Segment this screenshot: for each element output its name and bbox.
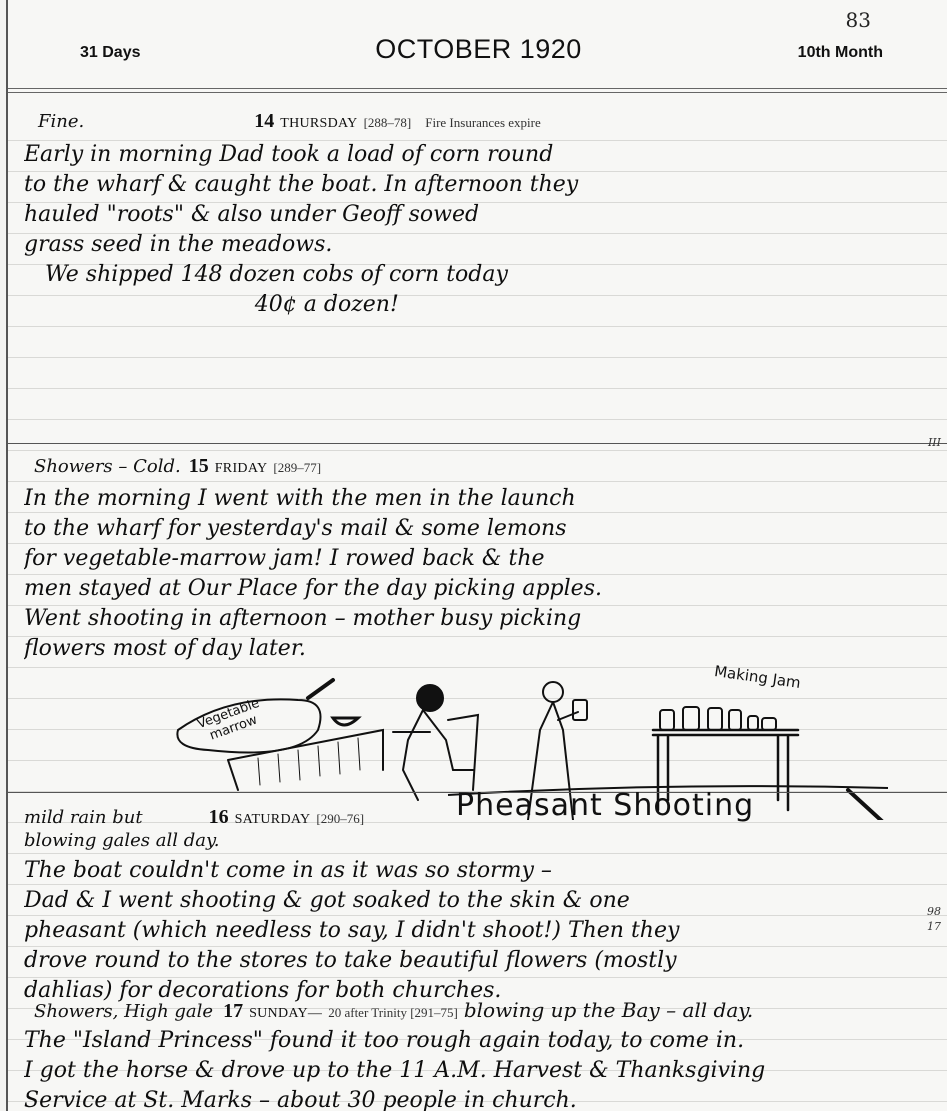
- handwritten-line: grass seed in the meadows.: [24, 230, 935, 260]
- handwritten-line: to the wharf & caught the boat. In after…: [24, 170, 935, 200]
- handwritten-line: hauled "roots" & also under Geoff sowed: [24, 200, 935, 230]
- header-rule: [8, 88, 947, 93]
- chair-drawing: [448, 715, 478, 790]
- entry-body-14: Early in morning Dad took a load of corn…: [24, 140, 935, 320]
- page-header: 31 Days OCTOBER 1920 10th Month 83: [8, 0, 947, 92]
- handwritten-line: drove round to the stores to take beauti…: [24, 946, 935, 976]
- handwritten-line: We shipped 148 dozen cobs of corn today: [24, 260, 935, 290]
- day-name: FRIDAY: [215, 461, 268, 477]
- handwritten-line: men stayed at Our Place for the day pick…: [24, 574, 935, 604]
- day-number: 14: [254, 110, 274, 133]
- entry-heading-14: Fine. 14 THURSDAY [288–78] Fire Insuranc…: [38, 110, 541, 133]
- day-count: [290–76]: [316, 811, 364, 827]
- inline-handwriting: blowing up the Bay – all day.: [464, 998, 753, 1022]
- day-count: 20 after Trinity [291–75]: [328, 1005, 458, 1021]
- day-number: 17: [223, 1000, 243, 1023]
- day-number: 15: [189, 455, 209, 478]
- pheasant-shooting-banner: Pheasant Shooting: [456, 788, 754, 823]
- day-name: THURSDAY: [280, 116, 357, 132]
- weather-note: Showers – Cold.: [34, 456, 181, 477]
- weather-note-continued: blowing gales all day.: [24, 826, 935, 856]
- handwritten-line: I got the horse & drove up to the 11 A.M…: [24, 1056, 935, 1086]
- handwritten-line: flowers most of day later.: [24, 634, 935, 664]
- handwritten-line: for vegetable-marrow jam! I rowed back &…: [24, 544, 935, 574]
- margin-mark: III: [928, 436, 941, 449]
- entry-body-15: In the morning I went with the men in th…: [24, 484, 935, 664]
- day-count: [288–78]: [364, 115, 412, 131]
- handwritten-line: Dad & I went shooting & got soaked to th…: [24, 886, 935, 916]
- entry-body-16: blowing gales all day. The boat couldn't…: [24, 826, 935, 1006]
- weather-note: Showers, High gale: [34, 1001, 213, 1022]
- handwritten-line: to the wharf for yesterday's mail & some…: [24, 514, 935, 544]
- handwritten-line: pheasant (which needless to say, I didn'…: [24, 916, 935, 946]
- page-number: 83: [846, 8, 871, 32]
- margin-mark: 17: [927, 920, 941, 933]
- handwritten-line: The "Island Princess" found it too rough…: [24, 1026, 935, 1056]
- day-count: [289–77]: [273, 460, 321, 476]
- printed-note: Fire Insurances expire: [425, 115, 541, 131]
- day-name: SUNDAY—: [249, 1006, 322, 1022]
- entry-heading-15: Showers – Cold. 15 FRIDAY [289–77]: [34, 455, 321, 478]
- entry-heading-17: Showers, High gale 17 SUNDAY— 20 after T…: [34, 998, 767, 1023]
- entry-body-17: The "Island Princess" found it too rough…: [24, 1026, 935, 1111]
- handwritten-line: Went shooting in afternoon – mother busy…: [24, 604, 935, 634]
- handwritten-line: The boat couldn't come in as it was so s…: [24, 856, 935, 886]
- weather-note: Fine.: [38, 111, 84, 132]
- diary-page: 31 Days OCTOBER 1920 10th Month 83 Fine.…: [6, 0, 947, 1111]
- day-divider: [8, 443, 947, 444]
- handwritten-line: Early in morning Dad took a load of corn…: [24, 140, 935, 170]
- handwritten-line: Service at St. Marks – about 30 people i…: [24, 1086, 935, 1111]
- handwritten-line: In the morning I went with the men in th…: [24, 484, 935, 514]
- handwritten-line: 40¢ a dozen!: [24, 290, 935, 320]
- month-ordinal: 10th Month: [798, 44, 883, 62]
- weather-note: mild rain but: [24, 807, 143, 828]
- margin-mark: 98: [927, 905, 941, 918]
